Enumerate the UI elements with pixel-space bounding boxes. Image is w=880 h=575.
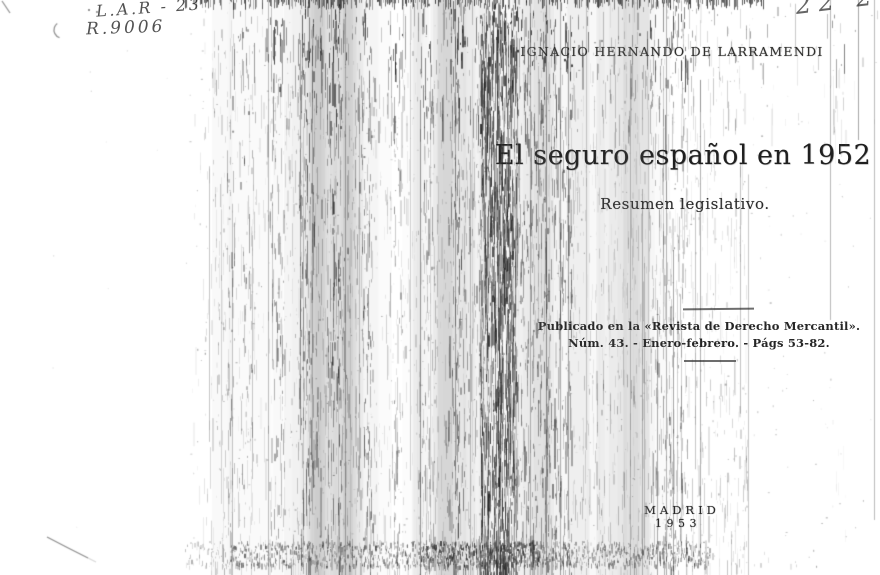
- scan-noise-overlay: [0, 0, 880, 575]
- handwritten-register-number: R.9006: [86, 17, 166, 40]
- publication-source-line: Publicado en la «Revista de Derecho Merc…: [538, 319, 860, 333]
- handwritten-top-right-mark: 22 2: [794, 0, 880, 20]
- publication-issue-line: Núm. 43. - Enero-febrero. - Págs 53-82.: [568, 336, 830, 350]
- document-title: El seguro español en 1952: [495, 140, 871, 171]
- publication-year: 1953: [655, 517, 701, 530]
- divider-rule-bottom: [684, 360, 736, 362]
- scanned-document-page: L.A.R - 23 R.9006 22 2 IGNACIO HERNANDO …: [0, 0, 880, 575]
- author-name: IGNACIO HERNANDO DE LARRAMENDI: [520, 44, 823, 59]
- divider-rule-top: [683, 308, 754, 311]
- publisher-city: MADRID: [644, 503, 720, 517]
- document-subtitle: Resumen legislativo.: [600, 195, 769, 213]
